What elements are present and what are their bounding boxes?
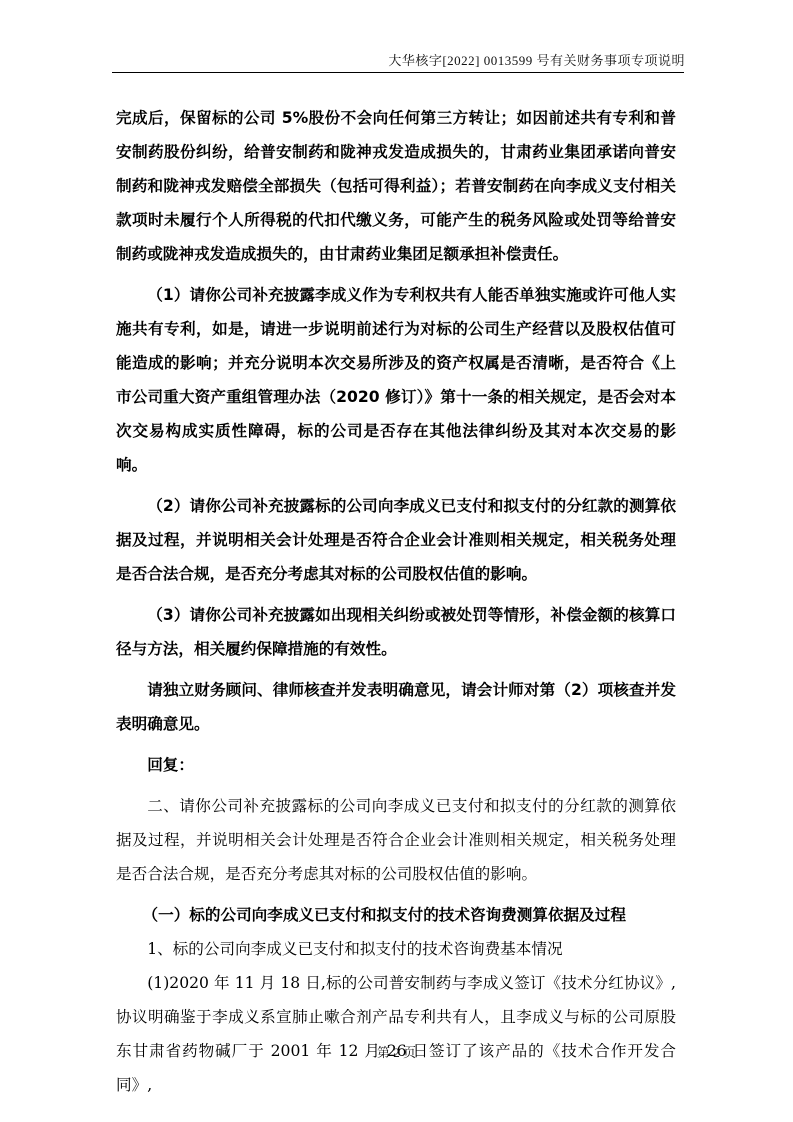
item-1-1-paragraph: (1)2020 年 11 月 18 日,标的公司普安制药与李成义签订《技术分红协…	[116, 966, 676, 1102]
page-number: 第 2 页	[0, 1042, 793, 1061]
document-body: 完成后，保留标的公司 5%股份不会向任何第三方转让；如因前述共有专利和普安制药股…	[116, 101, 676, 1109]
verification-request: 请独立财务顾问、律师核查并发表明确意见，请会计师对第（2）项核查并发表明确意见。	[116, 673, 676, 741]
question-3: （3）请你公司补充披露如出现相关纠纷或被处罚等情形，补偿金额的核算口径与方法，相…	[116, 598, 676, 666]
item-1-heading: 1、标的公司向李成义已支付和拟支付的技术咨询费基本情况	[116, 932, 676, 966]
section-2-title: 二、请你公司补充披露标的公司向李成义已支付和拟支付的分红款的测算依据及过程，并说…	[116, 789, 676, 891]
paragraph-continuation: 完成后，保留标的公司 5%股份不会向任何第三方转让；如因前述共有专利和普安制药股…	[116, 101, 676, 271]
reply-label: 回复：	[116, 748, 676, 782]
question-2: （2）请你公司补充披露标的公司向李成义已支付和拟支付的分红款的测算依据及过程，并…	[116, 489, 676, 591]
question-1: （1）请你公司补充披露李成义作为专利权共有人能否单独实施或许可他人实施共有专利，…	[116, 278, 676, 482]
header-rule	[112, 72, 684, 73]
page-header-ref: 大华核字[2022] 0013599 号有关财务事项专项说明	[388, 50, 685, 69]
subsection-1-heading: （一）标的公司向李成义已支付和拟支付的技术咨询费测算依据及过程	[116, 898, 676, 932]
